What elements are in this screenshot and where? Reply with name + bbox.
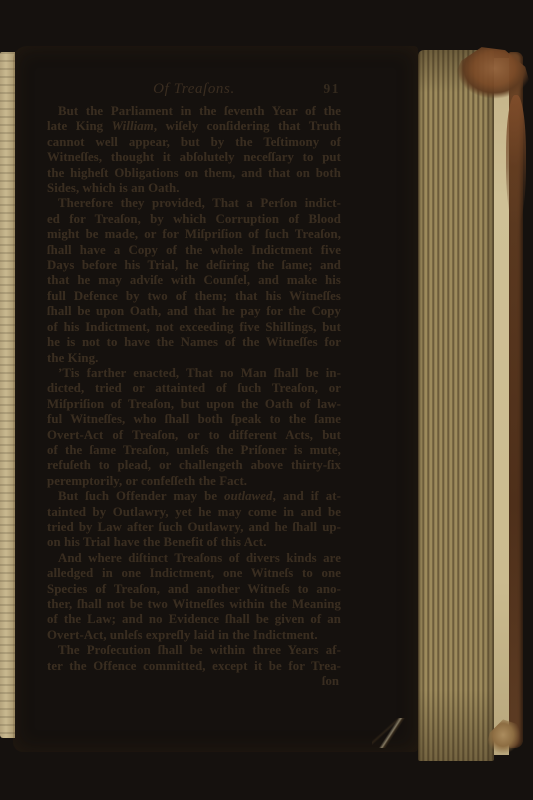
body-text: But the Parliament in the ſeventh Year o… — [47, 104, 341, 674]
book-page: Of Treaſons. 91 But the Parliament in th… — [13, 46, 418, 752]
text-line: ther, ſhall not be two Witneſſes within … — [47, 597, 341, 612]
paragraph: The Proſecution ſhall be within three Ye… — [47, 643, 341, 674]
text-line: And where diſtinct Treaſons of divers ki… — [47, 551, 341, 566]
text-line: ter the Offence committed, except it be … — [47, 659, 341, 674]
text-line: Sides, which is an Oath. — [47, 181, 341, 196]
text-line: of the ſame Treaſon, unleſs the Priſoner… — [47, 443, 341, 458]
paragraph: But the Parliament in the ſeventh Year o… — [47, 104, 341, 196]
text-line: ful Witneſſes, who ſhall both ſpeak to t… — [47, 412, 341, 427]
text-line: the higheſt Obligations on them, and tha… — [47, 166, 341, 181]
text-line: tainted by Outlawry, yet he may come in … — [47, 505, 341, 520]
text-line: ’Tis farther enacted, That no Man ſhall … — [47, 366, 341, 381]
text-line: the King. — [47, 351, 341, 366]
text-line: Witneſſes, thought it abſolutely neceſſa… — [47, 150, 341, 165]
text-line: might be made, or for Miſpriſion of ſuch… — [47, 227, 341, 242]
paragraph: But ſuch Offender may be outlawed, and i… — [47, 489, 341, 551]
text-line: Overt-Act, unleſs expreſly laid in the I… — [47, 628, 341, 643]
text-line: peremptorily, or confeſſeth the Fact. — [47, 474, 341, 489]
page-header: Of Treaſons. 91 — [47, 80, 341, 100]
text-line: tried by Law after ſuch Outlawry, and he… — [47, 520, 341, 535]
page-content: Of Treaſons. 91 But the Parliament in th… — [47, 80, 341, 689]
text-line: Days before his Trial, he deſiring the ſ… — [47, 258, 341, 273]
text-line: he is not to have the Names of the Witne… — [47, 335, 341, 350]
text-line: Species of Treaſon, and another Witneſs … — [47, 582, 341, 597]
text-line: Miſpriſion of Treaſon, but upon the Oath… — [47, 397, 341, 412]
text-line: of his Indictment, not exceeding five Sh… — [47, 320, 341, 335]
book-scan: Of Treaſons. 91 But the Parliament in th… — [0, 0, 533, 800]
dog-ear-fold — [372, 718, 412, 748]
text-line: But ſuch Offender may be outlawed, and i… — [47, 489, 341, 504]
text-line: Overt-Act of Treaſon, or to different Ac… — [47, 428, 341, 443]
text-line: Therefore they provided, That a Perſon i… — [47, 196, 341, 211]
text-line: alledged in one Indictment, one Witneſs … — [47, 566, 341, 581]
paragraph: Therefore they provided, That a Perſon i… — [47, 196, 341, 365]
fore-edge-pages — [418, 50, 494, 761]
catchword: ſon — [47, 674, 341, 689]
text-line: of the Law; and no Evidence ſhall be giv… — [47, 612, 341, 627]
text-line: ſhall be upon Oath, and that he pay for … — [47, 304, 341, 319]
text-line: ſhall have a Copy of the whole Indictmen… — [47, 243, 341, 258]
text-line: The Proſecution ſhall be within three Ye… — [47, 643, 341, 658]
text-line: refuſeth to plead, or challengeth above … — [47, 458, 341, 473]
text-line: on his Trial have the Benefit of this Ac… — [47, 535, 341, 550]
text-line: that he may adviſe with Counſel, and mak… — [47, 273, 341, 288]
paragraph: And where diſtinct Treaſons of divers ki… — [47, 551, 341, 643]
text-line: But the Parliament in the ſeventh Year o… — [47, 104, 341, 119]
text-line: dicted, tried or attainted of ſuch Treaſ… — [47, 381, 341, 396]
text-line: ed for Treaſon, by which Corruption of B… — [47, 212, 341, 227]
text-line: full Defence by two of them; that his Wi… — [47, 289, 341, 304]
page-number: 91 — [324, 81, 341, 97]
leather-wear-streak — [506, 95, 526, 225]
text-line: late King William, wiſely conſidering th… — [47, 119, 341, 134]
paragraph: ’Tis farther enacted, That no Man ſhall … — [47, 366, 341, 489]
running-title: Of Treaſons. — [153, 81, 235, 97]
text-line: cannot well appear, but by the Teſtimony… — [47, 135, 341, 150]
